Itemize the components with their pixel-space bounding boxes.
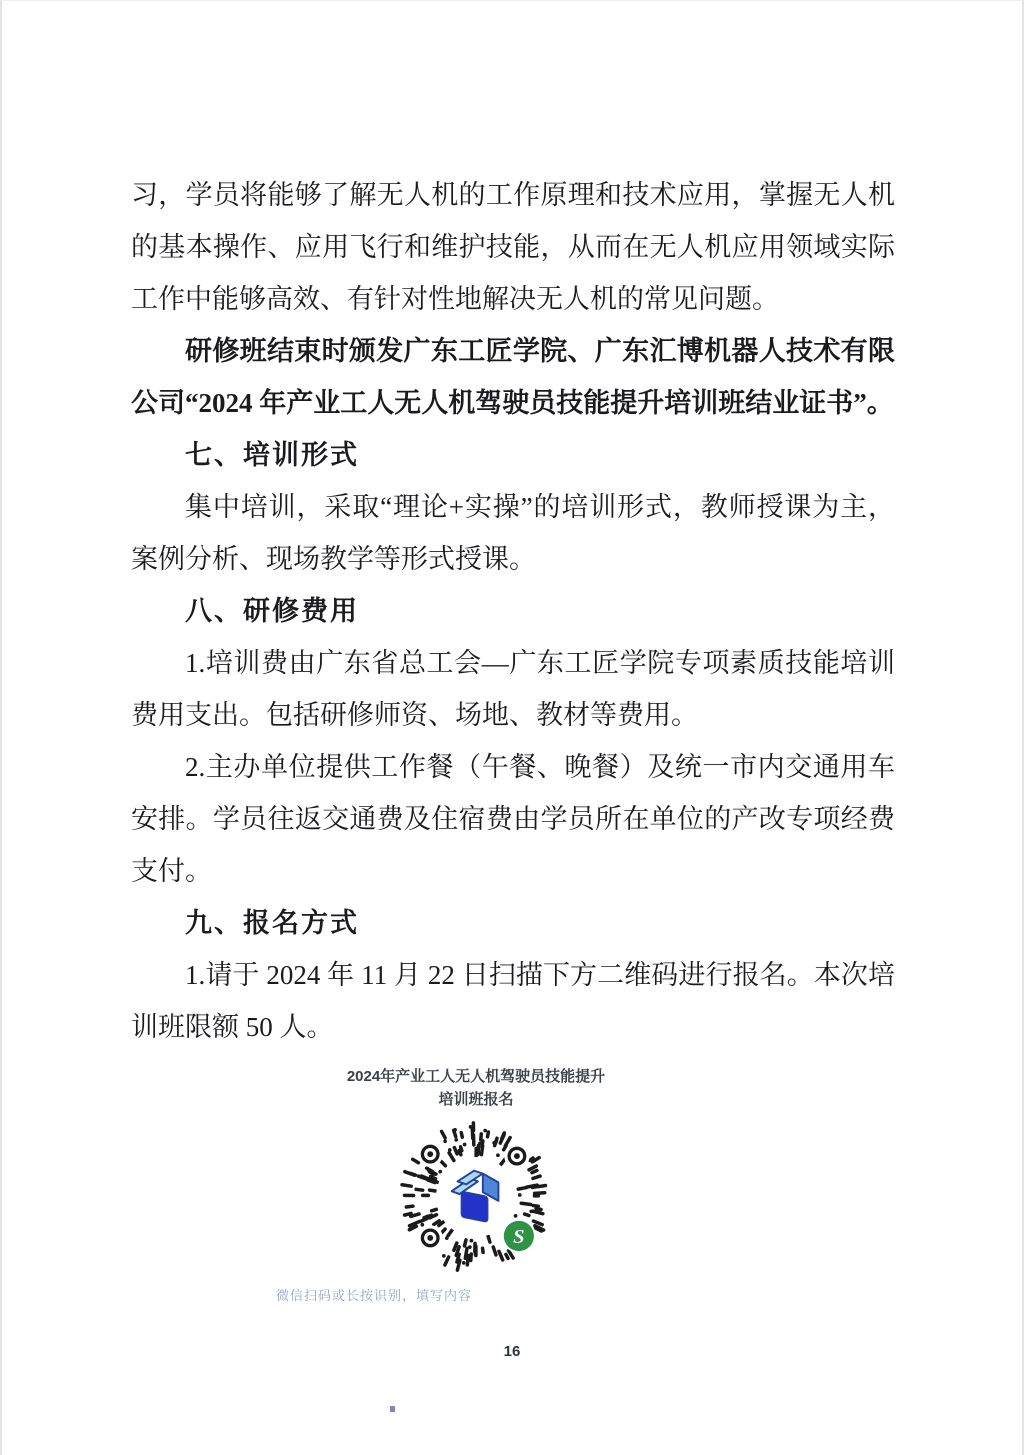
- section-heading: 九、报名方式: [131, 897, 895, 949]
- document-page: 习，学员将能够了解无人机的工作原理和技术应用，掌握无人机的基本操作、应用飞行和维…: [0, 0, 1024, 1455]
- qr-title-line2: 培训班报名: [347, 1088, 605, 1111]
- form-document-3d-icon: [436, 1157, 516, 1237]
- section-heading: 八、研修费用: [131, 585, 895, 637]
- miniprogram-s-glyph: S: [513, 1226, 524, 1248]
- paragraph: 研修班结束时颁发广东工匠学院、广东汇博机器人技术有限公司“2024 年产业工人无…: [131, 325, 895, 429]
- document-body: 习，学员将能够了解无人机的工作原理和技术应用，掌握无人机的基本操作、应用飞行和维…: [131, 169, 895, 1053]
- paragraph: 集中培训，采取“理论+实操”的培训形式，教师授课为主，案例分析、现场教学等形式授…: [131, 481, 895, 585]
- paragraph: 1.请于 2024 年 11 月 22 日扫描下方二维码进行报名。本次培训班限额…: [131, 949, 895, 1053]
- section-heading: 七、培训形式: [131, 429, 895, 481]
- paragraph: 1.培训费由广东省总工会—广东工匠学院专项素质技能培训费用支出。包括研修师资、场…: [131, 637, 895, 741]
- wechat-miniprogram-icon: S: [502, 1219, 536, 1253]
- qr-title-line1: 2024年产业工人无人机驾驶员技能提升: [347, 1065, 605, 1088]
- stray-mark: [390, 1406, 395, 1412]
- registration-qr-widget: 2024年产业工人无人机驾驶员技能提升 培训班报名 S 微信扫码或长按识别，填写…: [0, 1065, 986, 1304]
- page-number: 16: [2, 1343, 1022, 1360]
- qr-caption: 微信扫码或长按识别，填写内容: [276, 1285, 472, 1304]
- qr-title: 2024年产业工人无人机驾驶员技能提升 培训班报名: [347, 1065, 605, 1111]
- paragraph: 2.主办单位提供工作餐（午餐、晚餐）及统一市内交通用车安排。学员往返交通费及住宿…: [131, 741, 895, 897]
- paragraph: 习，学员将能够了解无人机的工作原理和技术应用，掌握无人机的基本操作、应用飞行和维…: [131, 169, 895, 325]
- qr-code: S: [400, 1121, 552, 1273]
